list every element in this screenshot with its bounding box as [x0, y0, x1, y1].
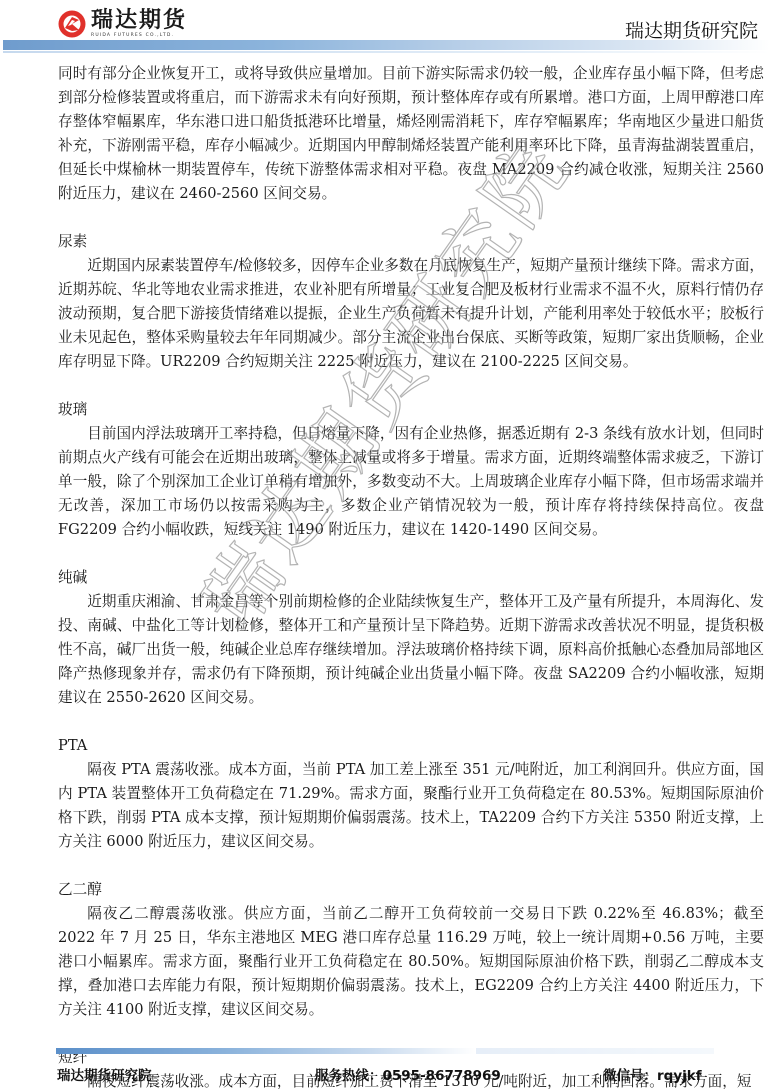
- footer-wechat: 微信号：rqyjkf: [603, 1064, 702, 1084]
- section-soda-ash: 纯碱 近期重庆湘渝、甘肃金昌等个别前期检修的企业陆续恢复生产，整体开工及产量有所…: [58, 566, 764, 710]
- section-pta: PTA 隔夜 PTA 震荡收涨。成本方面，当前 PTA 加工差上涨至 351 元…: [58, 734, 764, 854]
- paragraph: 隔夜 PTA 震荡收涨。成本方面，当前 PTA 加工差上涨至 351 元/吨附近…: [58, 758, 764, 854]
- company-logo: 瑞达期货 RUIDA FUTURES CO.,LTD.: [57, 6, 187, 42]
- header-divider: [3, 51, 770, 53]
- footer-gradient-bar-tail: [476, 1048, 714, 1054]
- section-ethylene-glycol: 乙二醇 隔夜乙二醇震荡收涨。供应方面，当前乙二醇开工负荷较前一交易日下跌 0.2…: [58, 878, 764, 1022]
- section-title: 尿素: [58, 230, 764, 254]
- footer-hotline: 服务热线：0595-86778969: [315, 1064, 501, 1084]
- footer-org: 瑞达期货研究院: [57, 1064, 152, 1084]
- header-gradient-bar: [3, 40, 770, 50]
- section-title: 玻璃: [58, 398, 764, 422]
- page-header: 瑞达期货 RUIDA FUTURES CO.,LTD. 瑞达期货研究院: [0, 0, 770, 56]
- header-title: 瑞达期货研究院: [625, 16, 758, 43]
- paragraph: 目前国内浮法玻璃开工率持稳，但日熔量下降，因有企业热修，据悉近期有 2-3 条线…: [58, 422, 764, 542]
- paragraph: 同时有部分企业恢复开工，或将导致供应量增加。目前下游实际需求仍较一般，企业库存虽…: [58, 62, 764, 206]
- ruida-logo-icon: [57, 9, 87, 39]
- paragraph: 近期国内尿素装置停车/检修较多，因停车企业多数在月底恢复生产，短期产量预计继续下…: [58, 254, 764, 374]
- logo-english-name: RUIDA FUTURES CO.,LTD.: [91, 33, 187, 39]
- page-footer: 瑞达期货研究院 服务热线：0595-86778969 微信号：rqyjkf: [0, 1064, 770, 1086]
- section-urea: 尿素 近期国内尿素装置停车/检修较多，因停车企业多数在月底恢复生产，短期产量预计…: [58, 230, 764, 374]
- logo-chinese-name: 瑞达期货: [91, 9, 187, 33]
- section-title: 纯碱: [58, 566, 764, 590]
- section-glass: 玻璃 目前国内浮法玻璃开工率持稳，但日熔量下降，因有企业热修，据悉近期有 2-3…: [58, 398, 764, 542]
- report-body: 同时有部分企业恢复开工，或将导致供应量增加。目前下游实际需求仍较一般，企业库存虽…: [58, 62, 764, 1089]
- paragraph: 隔夜乙二醇震荡收涨。供应方面，当前乙二醇开工负荷较前一交易日下跌 0.22%至 …: [58, 902, 764, 1022]
- section-methanol-continued: 同时有部分企业恢复开工，或将导致供应量增加。目前下游实际需求仍较一般，企业库存虽…: [58, 62, 764, 206]
- section-title: 乙二醇: [58, 878, 764, 902]
- section-title: PTA: [58, 734, 764, 758]
- footer-gradient-bar: [56, 1048, 476, 1054]
- paragraph: 近期重庆湘渝、甘肃金昌等个别前期检修的企业陆续恢复生产，整体开工及产量有所提升，…: [58, 590, 764, 710]
